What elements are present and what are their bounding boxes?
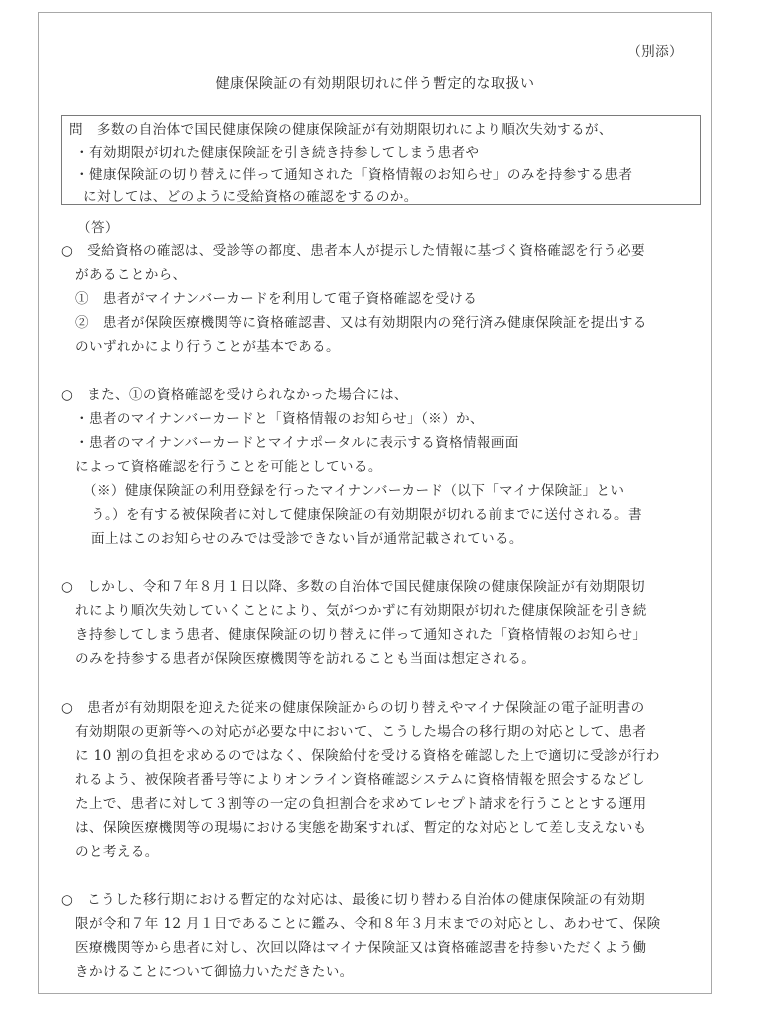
answer-line: れにより順次失効していくことにより、気がつかずに有効期限が切れた健康保険証を引き… bbox=[75, 602, 647, 620]
answer-line: ○ しかし、令和７年８月１日以降、多数の自治体で国民健康保険の健康保険証が有効期… bbox=[61, 578, 645, 596]
answer-line: 有効期限の更新等への対応が必要な中において、こうした場合の移行期の対応として、患… bbox=[75, 723, 646, 741]
answer-note-line: う。）を有する被保険者に対して健康保険証の有効期限が切れる前までに送付される。書 bbox=[91, 506, 642, 524]
answer-line: き持参してしまう患者、健康保険証の切り替えに伴って通知された「資格情報のお知らせ… bbox=[75, 626, 646, 644]
document-page: （別添） 健康保険証の有効期限切れに伴う暫定的な取扱い 問 多数の自治体で国民健… bbox=[38, 12, 712, 994]
answer-note-line: （※）健康保険証の利用登録を行ったマイナンバーカード（以下「マイナ保険証」とい bbox=[83, 482, 624, 500]
answer-line: きかけることについて御協力いただきたい。 bbox=[75, 963, 354, 981]
answer-line: があることから、 bbox=[75, 266, 187, 284]
answer-line: に 10 割の負担を求めるのではなく、保険給付を受ける資格を確認した上で適切に受… bbox=[75, 747, 660, 765]
answer-line: 限が令和７年 12 月１日であることに鑑み、令和８年３月末までの対応とし、あわせ… bbox=[75, 915, 661, 933]
answer-line: によって資格確認を行うことを可能としている。 bbox=[75, 458, 382, 476]
answer-note-line: 面上はこのお知らせのみでは受診できない旨が通常記載されている。 bbox=[91, 530, 523, 548]
answer-line: ② 患者が保険医療機関等に資格確認書、又は有効期限内の発行済み健康保険証を提出す… bbox=[75, 314, 647, 332]
answer-line: ○ こうした移行期における暫定的な対応は、最後に切り替わる自治体の健康保険証の有… bbox=[61, 891, 645, 909]
question-line: ・健康保険証の切り替えに伴って通知された「資格情報のお知らせ」のみを持参する患者 bbox=[75, 166, 632, 184]
answer-line: は、保険医療機関等の現場における実態を勘案すれば、暫定的な対応として差し支えない… bbox=[75, 819, 647, 837]
answer-line: ・患者のマイナンバーカードと「資格情報のお知らせ」（※）か、 bbox=[75, 410, 484, 428]
annex-label: （別添） bbox=[627, 43, 683, 61]
question-line: 問 多数の自治体で国民健康保険の健康保険証が有効期限切れにより順次失効するが、 bbox=[69, 121, 613, 139]
answer-line: のみを持参する患者が保険医療機関等を訪れることも当面は想定される。 bbox=[75, 650, 535, 668]
question-line: ・有効期限が切れた健康保険証を引き続き持参してしまう患者や bbox=[75, 144, 479, 162]
document-title: 健康保険証の有効期限切れに伴う暫定的な取扱い bbox=[39, 75, 711, 93]
answer-line: ① 患者がマイナンバーカードを利用して電子資格確認を受ける bbox=[75, 290, 477, 308]
answer-label: （答） bbox=[77, 219, 119, 237]
answer-line: のと考える。 bbox=[75, 843, 159, 861]
answer-line: 医療機関等から患者に対し、次回以降はマイナ保険証又は資格確認書を持参いただくよう… bbox=[75, 939, 646, 957]
answer-line: ○ 患者が有効期限を迎えた従来の健康保険証からの切り替えやマイナ保険証の電子証明… bbox=[61, 699, 645, 717]
question-line: に対しては、どのように受給資格の確認をするのか。 bbox=[83, 188, 418, 206]
answer-line: ・患者のマイナンバーカードとマイナポータルに表示する資格情報画面 bbox=[75, 434, 519, 452]
answer-line: のいずれかにより行うことが基本である。 bbox=[75, 338, 340, 356]
answer-line: ○ 受給資格の確認は、受診等の都度、患者本人が提示した情報に基づく資格確認を行う… bbox=[61, 242, 645, 260]
answer-line: た上で、患者に対して３割等の一定の負担割合を求めてレセプト請求を行うこととする運… bbox=[75, 795, 646, 813]
answer-line: ○ また、①の資格確認を受けられなかった場合には、 bbox=[61, 386, 408, 404]
answer-line: れるよう、被保険者番号等によりオンライン資格確認システムに資格情報を照会するなど… bbox=[75, 771, 645, 789]
